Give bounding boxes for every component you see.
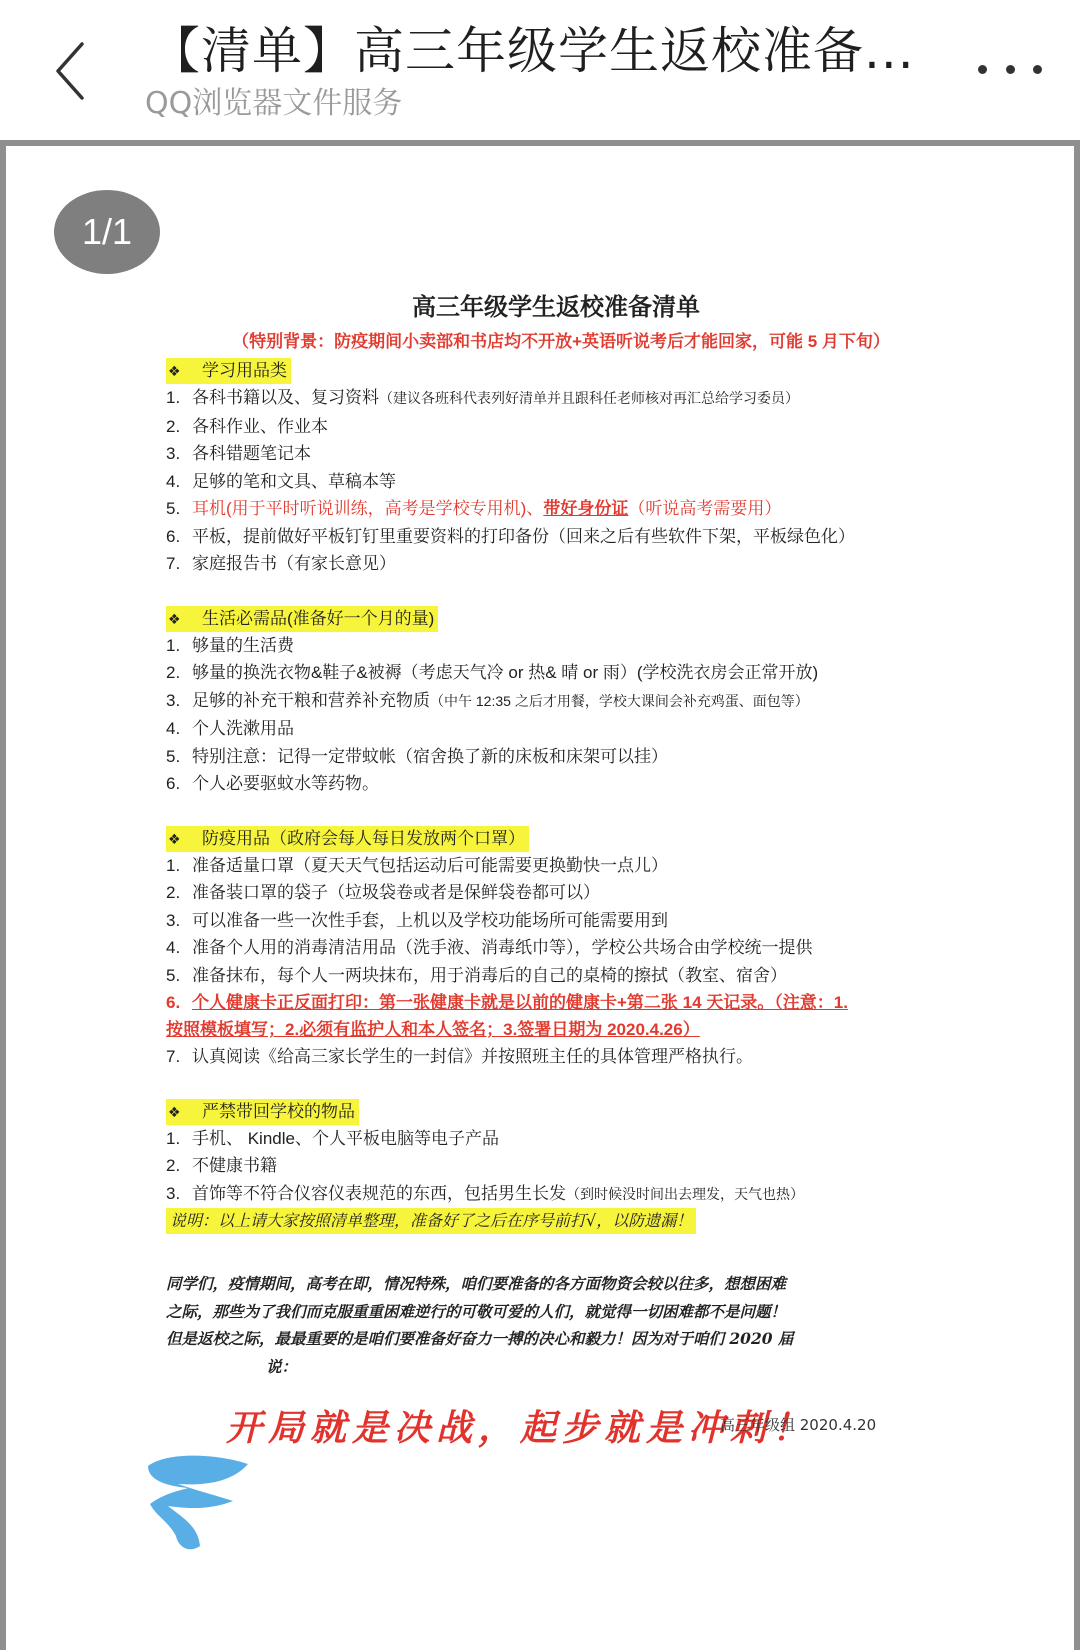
list-item: 2.各科作业、作业本 xyxy=(166,413,926,441)
item-number: 2. xyxy=(166,659,192,687)
item-number: 7. xyxy=(166,550,192,578)
item-note: （建议各班科代表列好清单并且跟科任老师核对再汇总给学习委员） xyxy=(379,390,799,406)
section-heading: ❖学习用品类 xyxy=(166,358,291,384)
section-epidemic: ❖防疫用品（政府会每人每日发放两个口罩） 1.准备适量口罩（夏天天气包括运动后可… xyxy=(166,826,926,1071)
item-note: （听说高考需要用） xyxy=(628,499,781,518)
list-item: 1.准备适量口罩（夏天天气包括运动后可能需要更换勤快一点儿） xyxy=(166,852,926,880)
item-text-continued: 按照模板填写；2.必须有监护人和本人签名；3.签署日期为 2020.4.26） xyxy=(166,1020,700,1039)
section-daily: ❖生活必需品(准备好一个月的量) 1.够量的生活费 2.够量的换洗衣物&鞋子&被… xyxy=(166,606,926,798)
letter-line: 说： xyxy=(166,1353,881,1381)
section-study: ❖学习用品类 1.各科书籍以及、复习资料（建议各班科代表列好清单并且跟科任老师核… xyxy=(166,358,926,578)
list-item: 3.足够的补充干粮和营养补充物质（中午 12:35 之后才用餐，学校大课间会补充… xyxy=(166,687,926,716)
item-number: 6. xyxy=(166,523,192,551)
section-heading: ❖严禁带回学校的物品 xyxy=(166,1099,359,1125)
list-item: 2.准备装口罩的袋子（垃圾袋卷或者是保鲜袋卷都可以） xyxy=(166,879,926,907)
list-item: 1.各科书籍以及、复习资料（建议各班科代表列好清单并且跟科任老师核对再汇总给学习… xyxy=(166,384,926,413)
letter-paragraph: 同学们，疫情期间，高考在即，情况特殊，咱们要准备的各方面物资会较以往多，想想困难… xyxy=(166,1270,881,1380)
item-number: 4. xyxy=(166,715,192,743)
doc-heading: 高三年级学生返校准备清单 xyxy=(186,288,926,328)
document-page: 1/1 高三年级学生返校准备清单 （特别背景：防疫期间小卖部和书店均不开放+英语… xyxy=(6,146,1074,1650)
document-content: 高三年级学生返校准备清单 （特别背景：防疫期间小卖部和书店均不开放+英语听说考后… xyxy=(166,288,926,1451)
item-number: 5. xyxy=(166,495,192,523)
section-prohibited: ❖严禁带回学校的物品 1.手机、 Kindle、个人平板电脑等电子产品 2.不健… xyxy=(166,1099,926,1209)
item-emphasis: 带好身份证 xyxy=(543,499,628,518)
item-number: 2. xyxy=(166,879,192,907)
item-text: 个人健康卡正反面打印：第一张健康卡就是以前的健康卡+第二张 14 天记录。（注意… xyxy=(192,993,848,1012)
item-text: 个人洗漱用品 xyxy=(192,719,294,738)
spacer xyxy=(166,578,926,604)
section-heading-label: 学习用品类 xyxy=(202,361,287,380)
item-number: 2. xyxy=(166,413,192,441)
item-text: 各科作业、作业本 xyxy=(192,417,328,436)
item-number: 3. xyxy=(166,687,192,715)
item-text: 各科错题笔记本 xyxy=(192,444,311,463)
diamond-bullet-icon: ❖ xyxy=(168,1099,202,1125)
spacer xyxy=(166,1071,926,1097)
section-heading-label: 严禁带回学校的物品 xyxy=(202,1102,355,1121)
diamond-bullet-icon: ❖ xyxy=(168,606,202,632)
chevron-left-icon xyxy=(48,36,98,106)
item-number: 3. xyxy=(166,907,192,935)
item-note: （中午 12:35 之后才用餐，学校大课间会补充鸡蛋、面包等） xyxy=(430,693,809,709)
section-heading-label: 防疫用品（政府会每人每日发放两个口罩） xyxy=(202,829,525,848)
item-text: 准备适量口罩（夏天天气包括运动后可能需要更换勤快一点儿） xyxy=(192,856,668,875)
item-text: 够量的生活费 xyxy=(192,636,294,655)
letter-line: 同学们，疫情期间，高考在即，情况特殊，咱们要准备的各方面物资会较以往多，想想困难 xyxy=(166,1270,881,1298)
section-heading: ❖生活必需品(准备好一个月的量) xyxy=(166,606,438,632)
more-options-button[interactable] xyxy=(978,54,1042,84)
item-note: （到时候没时间出去理发，天气也热） xyxy=(566,1186,804,1202)
item-text: 准备装口罩的袋子（垃圾袋卷或者是保鲜袋卷都可以） xyxy=(192,883,600,902)
letter-line: 但是返校之际，最最重要的是咱们要准备好奋力一搏的决心和毅力！因为对于咱们 202… xyxy=(166,1325,881,1353)
item-number: 7. xyxy=(166,1043,192,1071)
item-text: 家庭报告书（有家长意见） xyxy=(192,554,396,573)
list-item: 5.准备抹布，每个人一两块抹布，用于消毒后的自己的桌椅的擦拭（教室、宿舍） xyxy=(166,962,926,990)
app-header: 【清单】高三年级学生返校准备... QQ浏览器文件服务 xyxy=(0,0,1080,140)
item-number: 5. xyxy=(166,743,192,771)
item-number: 6. xyxy=(166,770,192,798)
list-item: 2.够量的换洗衣物&鞋子&被褥（考虑天气冷 or 热& 晴 or 雨）(学校洗衣… xyxy=(166,659,926,687)
list-item: 7.家庭报告书（有家长意见） xyxy=(166,550,926,578)
source-label: QQ浏览器文件服务 xyxy=(145,84,402,124)
item-text: 够量的换洗衣物&鞋子&被褥（考虑天气冷 or 热& 晴 or 雨）(学校洗衣房会… xyxy=(192,663,818,682)
item-number: 1. xyxy=(166,384,192,412)
item-number: 4. xyxy=(166,468,192,496)
signature: 高三年级组 2020.4.20 xyxy=(720,1414,876,1435)
page-indicator: 1/1 xyxy=(54,190,160,274)
list-item: 2.不健康书籍 xyxy=(166,1152,926,1180)
item-text: 个人必要驱蚊水等药物。 xyxy=(192,774,379,793)
diamond-bullet-icon: ❖ xyxy=(168,826,202,852)
doc-note: （特别背景：防疫期间小卖部和书店均不开放+英语听说考后才能回家，可能 5 月下旬… xyxy=(196,328,926,356)
more-dot-icon xyxy=(978,65,987,74)
list-item: 7.认真阅读《给高三家长学生的一封信》并按照班主任的具体管理严格执行。 xyxy=(166,1043,926,1071)
spacer xyxy=(166,798,926,824)
item-text: 足够的笔和文具、草稿本等 xyxy=(192,472,396,491)
item-number: 3. xyxy=(166,440,192,468)
more-dot-icon xyxy=(1006,65,1015,74)
item-number: 5. xyxy=(166,962,192,990)
list-item: 6.平板，提前做好平板钉钉里重要资料的打印备份（回来之后有些软件下架，平板绿色化… xyxy=(166,523,926,551)
section-heading-label: 生活必需品(准备好一个月的量) xyxy=(202,609,434,628)
list-item: 3.可以准备一些一次性手套，上机以及学校功能场所可能需要用到 xyxy=(166,907,926,935)
list-item-important: 5.耳机(用于平时听说训练，高考是学校专用机)、带好身份证（听说高考需要用） xyxy=(166,495,926,523)
item-number: 4. xyxy=(166,934,192,962)
item-text: 首饰等不符合仪容仪表规范的东西，包括男生长发 xyxy=(192,1184,566,1203)
list-item: 5.特别注意：记得一定带蚊帐（宿舍换了新的床板和床架可以挂） xyxy=(166,743,926,771)
item-text: 特别注意：记得一定带蚊帐（宿舍换了新的床板和床架可以挂） xyxy=(192,747,668,766)
section-heading: ❖防疫用品（政府会每人每日发放两个口罩） xyxy=(166,826,529,852)
list-item: 1.手机、 Kindle、个人平板电脑等电子产品 xyxy=(166,1125,926,1153)
item-text: 准备个人用的消毒清洁用品（洗手液、消毒纸巾等），学校公共场合由学校统一提供 xyxy=(192,938,813,957)
letter-line: 之际，那些为了我们而克服重重困难逆行的可敬可爱的人们，就觉得一切困难都不是问题！ xyxy=(166,1298,881,1326)
list-item: 3.首饰等不符合仪容仪表规范的东西，包括男生长发（到时候没时间出去理发，天气也热… xyxy=(166,1180,926,1209)
list-item: 4.准备个人用的消毒清洁用品（洗手液、消毒纸巾等），学校公共场合由学校统一提供 xyxy=(166,934,926,962)
item-text: 平板，提前做好平板钉钉里重要资料的打印备份（回来之后有些软件下架，平板绿色化） xyxy=(192,527,855,546)
item-text: 耳机(用于平时听说训练，高考是学校专用机)、 xyxy=(192,499,543,518)
item-number: 1. xyxy=(166,632,192,660)
item-number: 3. xyxy=(166,1180,192,1208)
item-number: 2. xyxy=(166,1152,192,1180)
remark-note: 说明：以上请大家按照清单整理，准备好了之后在序号前打√，以防遗漏！ xyxy=(166,1208,696,1234)
item-number: 6. xyxy=(166,989,192,1016)
list-item: 4.足够的笔和文具、草稿本等 xyxy=(166,468,926,496)
item-text: 认真阅读《给高三家长学生的一封信》并按照班主任的具体管理严格执行。 xyxy=(192,1047,753,1066)
redaction-scribble xyxy=(138,1446,258,1556)
item-text: 足够的补充干粮和营养补充物质 xyxy=(192,691,430,710)
diamond-bullet-icon: ❖ xyxy=(168,358,202,384)
document-title: 【清单】高三年级学生返校准备... xyxy=(150,18,950,84)
item-number: 1. xyxy=(166,1125,192,1153)
item-text: 手机、 Kindle、个人平板电脑等电子产品 xyxy=(192,1129,499,1148)
item-text: 各科书籍以及、复习资料 xyxy=(192,388,379,407)
item-number: 1. xyxy=(166,852,192,880)
list-item: 1.够量的生活费 xyxy=(166,632,926,660)
list-item: 3.各科错题笔记本 xyxy=(166,440,926,468)
item-text: 准备抹布，每个人一两块抹布，用于消毒后的自己的桌椅的擦拭（教室、宿舍） xyxy=(192,966,787,985)
item-text: 可以准备一些一次性手套，上机以及学校功能场所可能需要用到 xyxy=(192,911,668,930)
back-button[interactable] xyxy=(48,36,98,106)
list-item-important: 6.个人健康卡正反面打印：第一张健康卡就是以前的健康卡+第二张 14 天记录。（… xyxy=(166,989,926,1043)
list-item: 6.个人必要驱蚊水等药物。 xyxy=(166,770,926,798)
more-dot-icon xyxy=(1033,65,1042,74)
document-viewer[interactable]: 1/1 高三年级学生返校准备清单 （特别背景：防疫期间小卖部和书店均不开放+英语… xyxy=(0,140,1080,1650)
list-item: 4.个人洗漱用品 xyxy=(166,715,926,743)
item-text: 不健康书籍 xyxy=(192,1156,277,1175)
